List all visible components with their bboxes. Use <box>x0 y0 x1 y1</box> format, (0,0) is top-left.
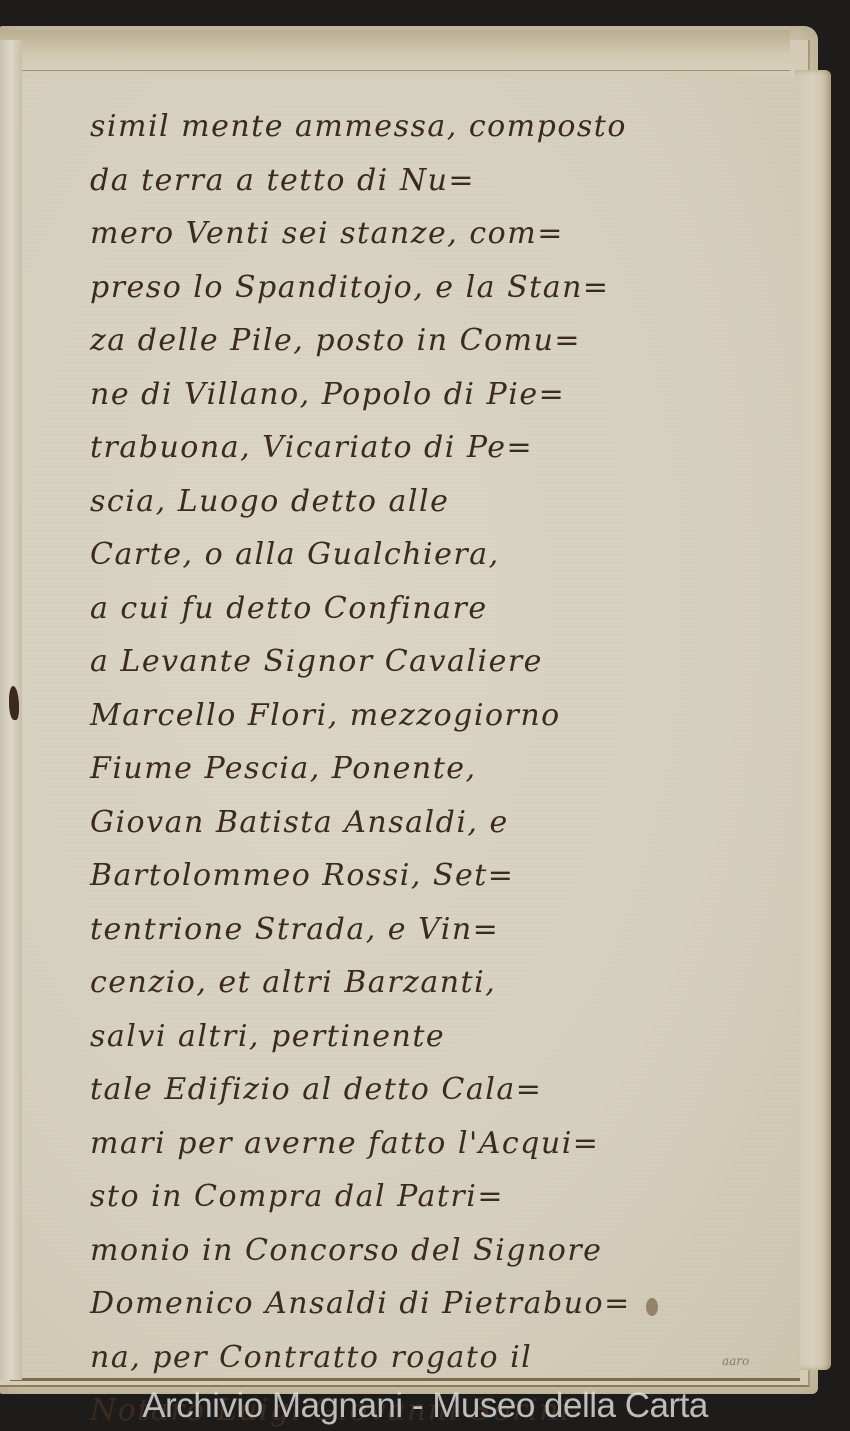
text-line: preso lo Spanditojo, e la Stan= <box>90 261 790 315</box>
text-line: a cui fu detto Confinare <box>90 582 790 636</box>
text-line: tale Edifizio al detto Cala= <box>90 1063 790 1117</box>
text-line: scia, Luogo detto alle <box>90 475 790 529</box>
text-line: da terra a tetto di Nu= <box>90 154 790 208</box>
text-line: salvi altri, pertinente <box>90 1010 790 1064</box>
text-line: tentrione Strada, e Vin= <box>90 903 790 957</box>
text-line: Fiume Pescia, Ponente, <box>90 742 790 796</box>
paper-right-edge <box>795 70 831 1370</box>
text-line: Bartolommeo Rossi, Set= <box>90 849 790 903</box>
text-line: Domenico Ansaldi di Pietrabuo= <box>90 1277 790 1331</box>
text-line: monio in Concorso del Signore <box>90 1224 790 1278</box>
text-line: sto in Compra dal Patri= <box>90 1170 790 1224</box>
text-line: mari per averne fatto l'Acqui= <box>90 1117 790 1171</box>
corner-note: aaro <box>722 1354 749 1368</box>
text-line: Carte, o alla Gualchiera, <box>90 528 790 582</box>
text-line: mero Venti sei stanze, com= <box>90 207 790 261</box>
text-line: na, per Contratto rogato il <box>90 1331 790 1385</box>
text-line: ne di Villano, Popolo di Pie= <box>90 368 790 422</box>
text-line: cenzio, et altri Barzanti, <box>90 956 790 1010</box>
text-line: trabuona, Vicariato di Pe= <box>90 421 790 475</box>
text-line: Giovan Batista Ansaldi, e <box>90 796 790 850</box>
handwritten-text: simil mente ammessa, composto da terra a… <box>90 100 790 1431</box>
text-line: Marcello Flori, mezzogiorno <box>90 689 790 743</box>
text-line: simil mente ammessa, composto <box>90 100 790 154</box>
archive-watermark: Archivio Magnani - Museo della Carta <box>0 1384 850 1428</box>
paper-top-edge <box>0 30 790 71</box>
text-line: za delle Pile, posto in Comu= <box>90 314 790 368</box>
text-line: a Levante Signor Cavaliere <box>90 635 790 689</box>
